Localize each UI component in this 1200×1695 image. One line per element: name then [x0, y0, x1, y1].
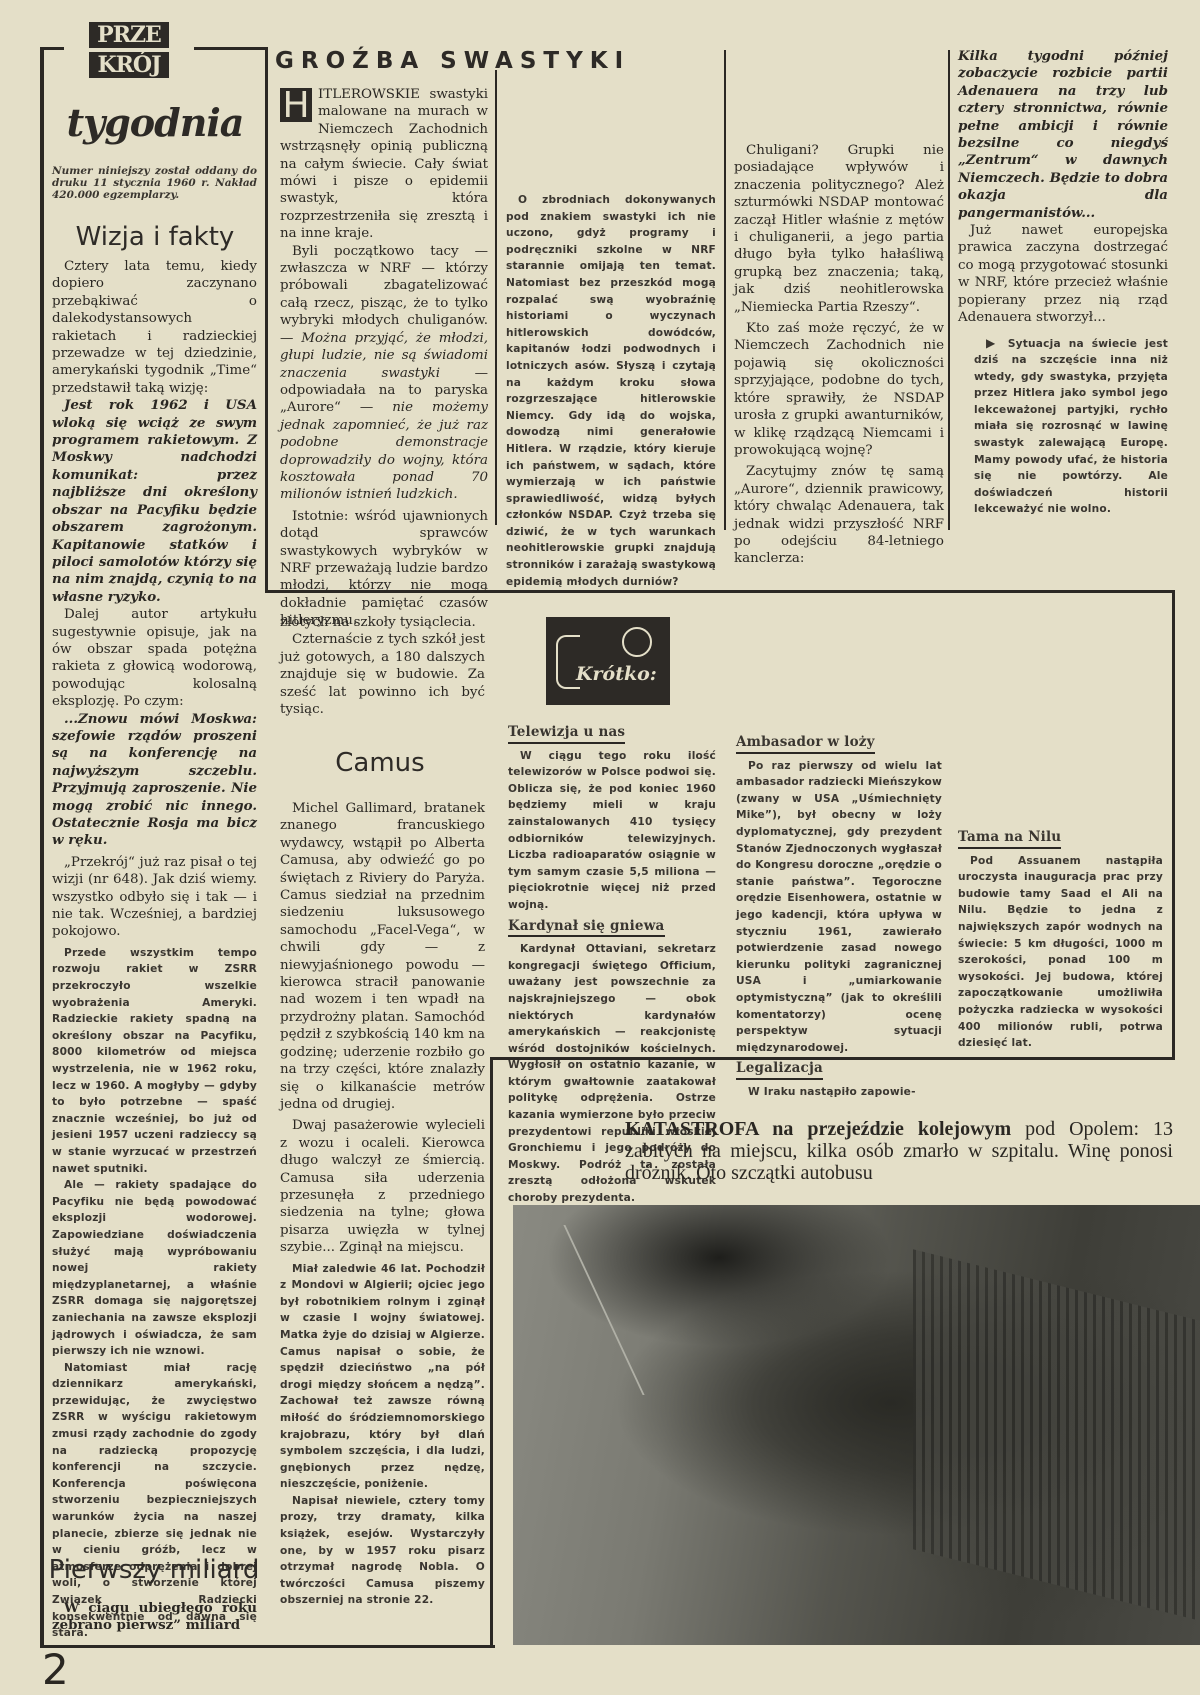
paragraph: Dwaj pasażerowie wylecieli z wozu i ocal…: [280, 1117, 485, 1256]
news-title: Legalizacja: [736, 1060, 823, 1080]
left-column-border-top-right: [194, 47, 268, 50]
camus-border-right: [490, 1057, 493, 1647]
article-swastyki-col4: Kilka tygodni później zobaczycie rozbici…: [958, 48, 1168, 518]
paragraph: W ciągu ubiegłego roku zebrano pierwsz” …: [52, 1600, 257, 1635]
krotko-label: Krótko:: [576, 663, 657, 685]
article-title-camus: Camus: [270, 748, 490, 778]
arrow-right-icon: ▶: [986, 336, 1008, 350]
paragraph: Michel Gallimard, bratanek znanego franc…: [280, 800, 485, 1113]
caption-headline: KATASTROFA na przejeździe kolejowym: [625, 1118, 1011, 1140]
section-title: tygodnia: [60, 100, 250, 145]
article-miliard-continued: złotych na szkoły tysiąclecia. Czternaśc…: [280, 614, 485, 718]
paragraph: Cztery lata temu, kiedy dopiero zaczynan…: [52, 258, 257, 397]
news-text: Pod Assuanem nastąpiła uroczysta inaugur…: [958, 853, 1163, 1052]
krotko-logo: Krótko:: [546, 617, 670, 705]
quote-paragraph: Jest rok 1962 i USA wloką się wciąż ze s…: [52, 397, 257, 606]
article-title-wizja: Wizja i fakty: [50, 222, 260, 252]
col-divider-2: [724, 50, 726, 530]
bus-wreck-photo: [513, 1205, 1200, 1645]
telephone-dial-icon: [622, 627, 652, 657]
krotko-col2: Ambasador w loży Po raz pierwszy od wiel…: [736, 730, 942, 1100]
news-title: Ambasador w loży: [736, 734, 875, 754]
article-swastyki-col2: O zbrodniach dokonywanych pod znakiem sw…: [506, 192, 716, 590]
article-title-miliard: Pierwszy miliard: [48, 1555, 260, 1585]
railway-track: [483, 1225, 644, 1395]
paragraph: Ale — rakiety spadające do Pacyfiku nie …: [52, 1177, 257, 1360]
left-column-border-left: [40, 47, 44, 1647]
news-title: Tama na Nilu: [958, 829, 1061, 849]
quote-paragraph: Kilka tygodni później zobaczycie rozbici…: [958, 48, 1168, 222]
logo-line-2: KRÓJ: [89, 52, 169, 78]
logo-line-1: PRZE: [89, 22, 169, 48]
col-divider-3: [948, 50, 950, 530]
right-box-border: [1172, 590, 1175, 1060]
paragraph: Zacytujmy znów tę samą „Aurore“, dzienni…: [734, 463, 944, 567]
news-title: Telewizja u nas: [508, 724, 625, 744]
paragraph: Czternaście z tych szkół jest już gotowy…: [280, 631, 485, 718]
paragraph: Chuligani? Grupki nie posiadające wpływó…: [734, 142, 944, 316]
quote-paragraph: ...Znowu mówi Moskwa: szefowie rządów pr…: [52, 711, 257, 850]
paragraph: Napisał niewiele, cztery tomy prozy, trz…: [280, 1493, 485, 1609]
article-swastyki-col3: Chuligani? Grupki nie posiadające wpływó…: [734, 142, 944, 568]
imprint-note: Numer niniejszy został oddany do druku 1…: [52, 165, 257, 201]
article-wizja: Cztery lata temu, kiedy dopiero zaczynan…: [52, 258, 257, 1642]
article-camus: Michel Gallimard, bratanek znanego franc…: [280, 800, 485, 1609]
paragraph: „Przekrój“ już raz pisał o tej wizji (nr…: [52, 854, 257, 941]
paragraph: Kto zaś może ręczyć, że w Niemczech Zach…: [734, 320, 944, 459]
paragraph: Dalej autor artykułu sugestywnie opisuje…: [52, 606, 257, 710]
editor-note: ▶ Sytuacja na świecie jest dziś na szczę…: [974, 335, 1168, 519]
przekroj-logo: PRZE KRÓJ: [64, 22, 194, 78]
paragraph: O zbrodniach dokonywanych pod znakiem sw…: [506, 192, 716, 590]
photo-caption: KATASTROFA na przejeździe kolejowym pod …: [625, 1118, 1173, 1184]
paragraph: Istotnie: wśród ujawnionych dotąd sprawc…: [280, 508, 488, 630]
left-column-border-right: [265, 47, 268, 592]
quote: nie możemy jednak zapomnieć, że już raz …: [280, 400, 488, 502]
col-divider-1: [495, 70, 497, 525]
fence: [913, 1249, 1200, 1621]
article-miliard-start: W ciągu ubiegłego roku zebrano pierwsz” …: [52, 1600, 257, 1635]
article-title-swastyki: GROŹBA SWASTYKI: [275, 48, 695, 74]
paragraph: Przede wszystkim tempo rozwoju rakiet w …: [52, 945, 257, 1177]
news-text-start: W Iraku nastąpiło zapowie-: [736, 1084, 942, 1101]
krotko-col3: Tama na Nilu Pod Assuanem nastąpiła uroc…: [958, 614, 1163, 1052]
news-text: W ciągu tego roku ilość telewizorów w Po…: [508, 748, 716, 914]
drop-cap: H: [280, 88, 312, 122]
bottom-rule: [40, 1645, 495, 1648]
note-text: Sytuacja na świecie jest dziś na szczęśc…: [974, 338, 1168, 516]
article-swastyki-col1: HITLEROWSKIE swastyki malowane na murach…: [280, 86, 488, 630]
news-title: Kardynał się gniewa: [508, 918, 665, 938]
paragraph: Miał zaledwie 46 lat. Pochodził z Mondov…: [280, 1261, 485, 1493]
paragraph: Już nawet europejska prawica zaczyna dos…: [958, 222, 1168, 326]
page-number: 2: [42, 1648, 69, 1692]
news-text: Po raz pierwszy od wielu lat ambasador r…: [736, 758, 942, 1057]
